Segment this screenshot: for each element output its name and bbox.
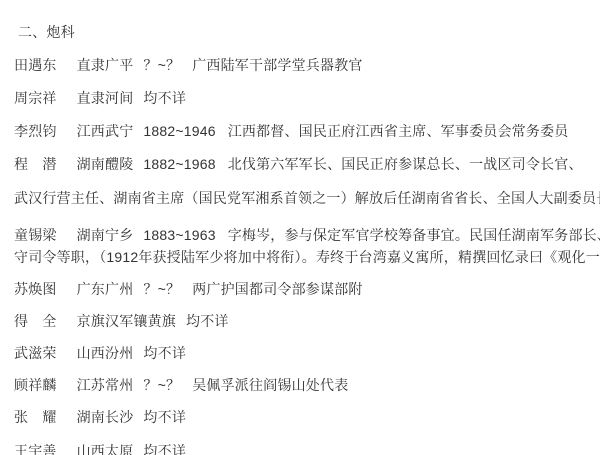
entry-note: 字梅岑，参与保定军官学校筹备事宜。民国任湖南军务部长、长沙省城: [228, 227, 600, 243]
entry-row: 程 潜湖南醴陵1882~1968北伐第六军军长、国民正府参谋总长、一战区司令长官…: [14, 156, 583, 172]
entry-note: 均不详: [143, 409, 186, 425]
entry-note: 均不详: [143, 443, 186, 455]
entry-row: 武滋荣山西汾州均不详: [14, 345, 186, 361]
entry-note: 均不详: [143, 90, 186, 106]
entry-years: 1882~1968: [143, 156, 215, 172]
entry-place: 湖南醴陵: [77, 156, 134, 172]
entry-name: 武滋荣: [14, 345, 57, 361]
entry-place: 湖南宁乡: [77, 227, 134, 243]
entry-note: 均不详: [143, 345, 186, 361]
entry-note: 均不详: [186, 313, 229, 329]
entry-name: 周宗祥: [14, 90, 57, 106]
entry-years: 1883~1963: [143, 227, 215, 243]
entry-row: 苏焕图广东广州？~？两广护国都司令部参谋部附: [14, 281, 363, 297]
entry-name: 田遇东: [14, 57, 57, 73]
entry-row: 田遇东直隶广平？~？广西陆军干部学堂兵器教官: [14, 57, 363, 73]
entry-place: 广东广州: [77, 281, 134, 297]
entry-row: 童锡梁湖南宁乡1883~1963字梅岑，参与保定军官学校筹备事宜。民国任湖南军务…: [14, 227, 600, 243]
entry-row: 李烈钧江西武宁1882~1946江西都督、国民正府江西省主席、军事委员会常务委员: [14, 123, 569, 139]
entry-note: 吴佩孚派往阎锡山处代表: [192, 377, 348, 393]
entry-name: 王宇善: [14, 443, 57, 455]
entry-years: 1882~1946: [143, 123, 215, 139]
entry-place: 京旗汉军镶黄旗: [77, 313, 176, 329]
entry-name: 张 耀: [14, 409, 57, 425]
entry-place: 山西汾州: [77, 345, 134, 361]
entry-place: 直隶河间: [77, 90, 134, 106]
entry-years: ？~？: [143, 281, 180, 297]
entry-name: 顾祥麟: [14, 377, 57, 393]
entry-place: 山西太原: [77, 443, 134, 455]
entry-note-continuation: 武汉行营主任、湖南省主席（国民党军湘系首领之一）解放后任湖南省省长、全国人大副委…: [14, 190, 600, 206]
entry-note: 北伐第六军军长、国民正府参谋总长、一战区司令长官、: [228, 156, 583, 172]
entry-place: 江苏常州: [77, 377, 134, 393]
entry-note: 江西都督、国民正府江西省主席、军事委员会常务委员: [228, 123, 569, 139]
entry-years: ？~？: [143, 377, 180, 393]
entry-row: 周宗祥直隶河间均不详: [14, 90, 186, 106]
entry-name: 程 潜: [14, 156, 57, 172]
entry-place: 江西武宁: [77, 123, 134, 139]
entry-name: 童锡梁: [14, 227, 57, 243]
entry-years: ？~？: [143, 57, 180, 73]
entry-name: 得 全: [14, 313, 57, 329]
entry-note: 广西陆军干部学堂兵器教官: [192, 57, 362, 73]
entry-row: 王宇善山西太原均不详: [14, 443, 186, 455]
entry-name: 李烈钧: [14, 123, 57, 139]
entry-name: 苏焕图: [14, 281, 57, 297]
entry-note: 两广护国都司令部参谋部附: [192, 281, 362, 297]
entry-note-continuation: 守司令等职，（1912年获授陆军少将加中将衔）。寿终于台湾嘉义寓所，精撰回忆录曰…: [14, 249, 600, 265]
entry-row: 张 耀湖南长沙均不详: [14, 409, 186, 425]
entry-place: 直隶广平: [77, 57, 134, 73]
entry-place: 湖南长沙: [77, 409, 134, 425]
entry-row: 得 全京旗汉军镶黄旗均不详: [14, 313, 229, 329]
entry-row: 顾祥麟江苏常州？~？吴佩孚派往阎锡山处代表: [14, 377, 348, 393]
document-page: 二、炮科 田遇东直隶广平？~？广西陆军干部学堂兵器教官 周宗祥直隶河间均不详 李…: [0, 0, 600, 455]
section-title: 二、炮科: [18, 24, 75, 40]
